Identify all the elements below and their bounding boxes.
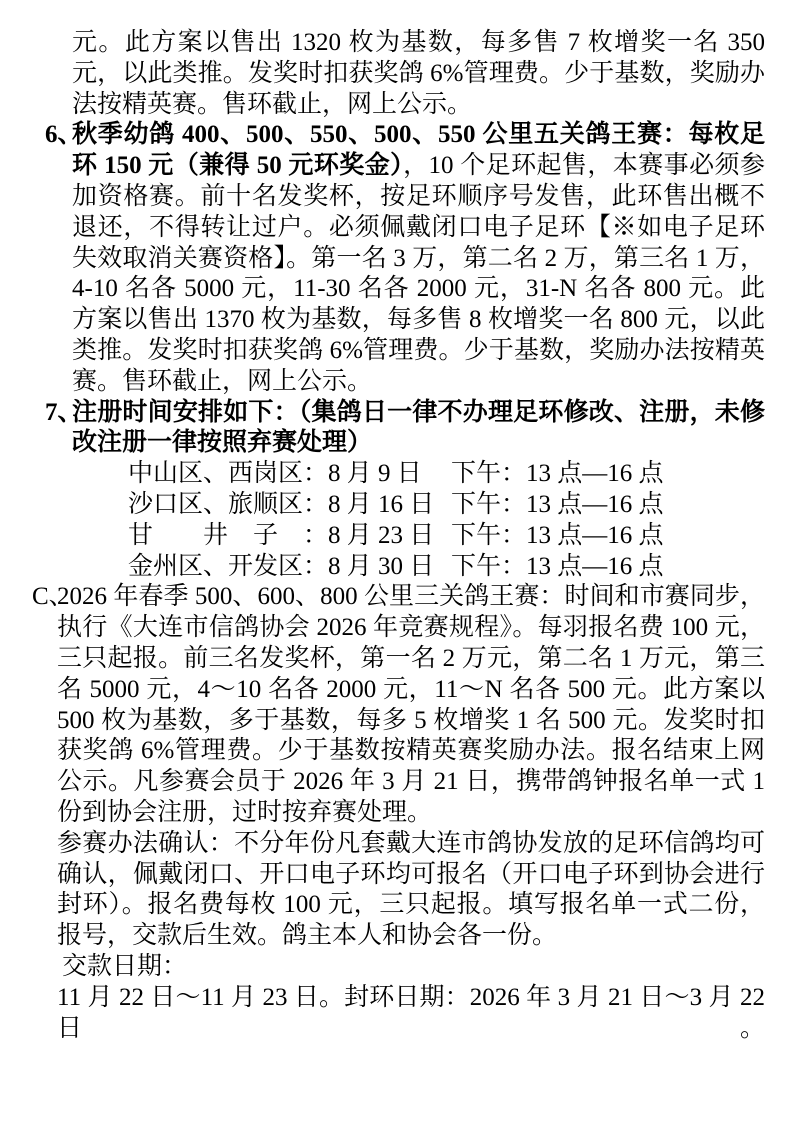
item7-number: 7、: [45, 398, 83, 429]
item7-paragraph: 7、注册时间安排如下：（集鸽日一律不办理足环修改、注册，未修改注册一律按照弃赛处…: [72, 398, 765, 460]
schedule-row: 甘 井 子 ：8 月 23 日 下午：13 点—16 点: [128, 521, 765, 552]
schedule-district-date: 金州区、开发区：8 月 30 日: [128, 552, 451, 583]
confirmation-paragraph: 参赛办法确认：不分年份凡套戴大连市鸽协发放的足环信鸽均可确认，佩戴闭口、开口电子…: [57, 829, 765, 952]
payment-date-label: 交款日期：: [62, 952, 765, 983]
schedule-time: 下午：13 点—16 点: [451, 459, 664, 490]
item6-paragraph: 6、秋季幼鸽 400、500、550、500、550 公里五关鸽王赛：每枚足环 …: [72, 120, 765, 397]
schedule-row: 金州区、开发区：8 月 30 日 下午：13 点—16 点: [128, 552, 765, 583]
schedule-district-date: 中山区、西岗区：8 月 9 日: [128, 459, 451, 490]
schedule-time: 下午：13 点—16 点: [451, 521, 664, 552]
item6-body: ，10 个足环起售，本赛事必须参加资格赛。前十名发奖杯，按足环顺序号发售，此环售…: [72, 152, 765, 395]
section-c-number: C、: [32, 582, 74, 613]
item5-tail-paragraph: 元。此方案以售出 1320 枚为基数，每多售 7 枚增奖一名 350 元，以此类…: [72, 28, 765, 120]
item6-number: 6、: [45, 120, 83, 151]
payment-and-sealing-dates-line: 11 月 22 日～11 月 23 日。封环日期：2026 年 3 月 21 日…: [57, 983, 765, 1045]
schedule-time: 下午：13 点—16 点: [451, 490, 664, 521]
section-c-paragraph: C、2026 年春季 500、600、800 公里三关鸽王赛：时间和市赛同步，执…: [57, 582, 765, 828]
section-c-body: 2026 年春季 500、600、800 公里三关鸽王赛：时间和市赛同步，执行《…: [57, 583, 765, 826]
registration-schedule: 中山区、西岗区：8 月 9 日 下午：13 点—16 点 沙口区、旅顺区：8 月…: [0, 459, 793, 582]
item7-title: 注册时间安排如下：（集鸽日一律不办理足环修改、注册，未修改注册一律按照弃赛处理）: [72, 399, 765, 457]
schedule-row: 中山区、西岗区：8 月 9 日 下午：13 点—16 点: [128, 459, 765, 490]
schedule-time: 下午：13 点—16 点: [451, 552, 664, 583]
schedule-row: 沙口区、旅顺区：8 月 16 日 下午：13 点—16 点: [128, 490, 765, 521]
schedule-district-date: 甘 井 子 ：8 月 23 日: [128, 521, 451, 552]
document-page: 元。此方案以售出 1320 枚为基数，每多售 7 枚增奖一名 350 元，以此类…: [0, 0, 793, 1122]
schedule-district-date: 沙口区、旅顺区：8 月 16 日: [128, 490, 451, 521]
